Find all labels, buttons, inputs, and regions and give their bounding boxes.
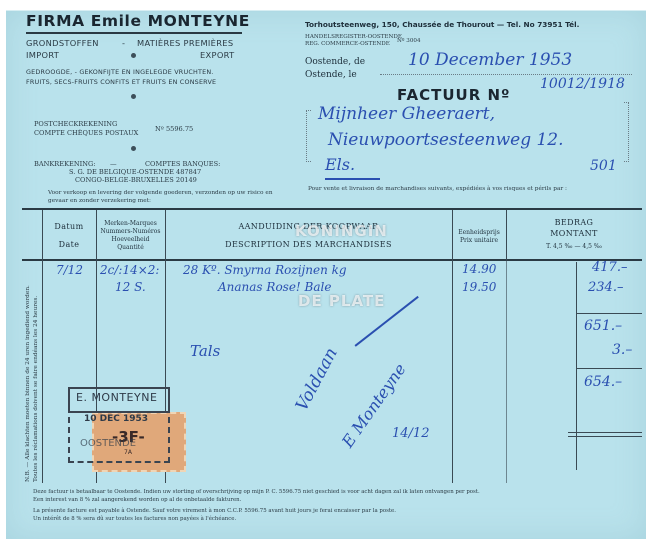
header-desc-fr: DESCRIPTION DES MARCHANDISES	[165, 240, 452, 249]
firm-name: FIRMA Emile MONTEYNE	[26, 12, 250, 30]
line2-left: IMPORT	[26, 50, 59, 60]
col-divider-side	[42, 210, 43, 483]
row2-amount: 234.–	[588, 280, 623, 295]
place-fr: Ostende, le	[305, 70, 357, 80]
closing-rule-1	[568, 432, 642, 433]
sale-note-nl-1: Voor verkoop en levering der volgende go…	[48, 190, 273, 196]
row1-amount: 417.–	[592, 260, 627, 275]
products-nl: GEDROOGDE, - GEKONFIJTE EN INGELEGDE VRU…	[26, 68, 214, 76]
closing-rule-2	[568, 436, 642, 437]
bank-account-1: S. G. DE BELGIQUE-OSTENDE 487847	[69, 168, 201, 176]
recipient-street: Nieuwpoortsesteenweg 12.	[328, 130, 564, 150]
tax-amount: 3.–	[612, 342, 632, 358]
register-fr: REG. COMMERCE-OSTENDE	[305, 41, 390, 47]
footer-nl-1: Deze factuur is betaalbaar te Oostende. …	[33, 489, 480, 495]
total-amount: 654.–	[584, 374, 622, 390]
bank-label-fr: COMPTES BANQUES:	[145, 160, 220, 168]
row2-unit-price: 19.50	[462, 280, 496, 294]
row2-marks: 12 S.	[115, 280, 146, 294]
header-marks-3: Hoeveelheid	[96, 236, 165, 244]
note-tals: Tals	[190, 342, 220, 360]
postcheck-number: Nº 5596.75	[155, 125, 193, 133]
recipient-code: 501	[590, 158, 617, 174]
date-dotted-line	[380, 74, 632, 75]
watermark-line1: KONINGIN	[295, 222, 388, 240]
bullet-icon	[131, 53, 136, 58]
watermark-line2: DE PLATE	[298, 292, 385, 310]
line1-sep: -	[122, 38, 125, 48]
bank-dash: —	[110, 160, 117, 168]
header-unit-fr: Prix unitaire	[452, 237, 506, 245]
postcheck-nl: POSTCHECKREKENING	[34, 120, 117, 128]
col-divider-desc	[452, 210, 453, 483]
subtotal-amount: 651.–	[584, 318, 622, 334]
paid-date: 14/12	[392, 426, 429, 441]
row1-date: 7/12	[56, 263, 83, 277]
firm-name-rule	[26, 32, 242, 34]
sale-note-fr: Pour vente et livraison de marchandises …	[308, 186, 567, 192]
recipient-underline	[325, 178, 380, 180]
subtotal-rule	[576, 313, 642, 314]
bank-account-2: CONGO-BELGE-BRUXELLES 20149	[75, 176, 197, 184]
side-note-nl: N.B. — Alle klachten moeten binnen de 24…	[25, 285, 32, 482]
header-unit-nl: Eenheidsprijs	[452, 229, 506, 237]
line2-right: EXPORT	[200, 50, 235, 60]
invoice-number: 10012/1918	[540, 76, 625, 92]
footer-nl-2: Een interest van 8 % zal aangerekend wor…	[33, 497, 241, 503]
stamp-name: E. MONTEYNE	[76, 391, 157, 404]
stamp-date: 10 DEC 1953	[84, 414, 148, 424]
line1-left: GRONDSTOFFEN	[26, 38, 99, 48]
bank-label-nl: BANKREKENING:	[34, 160, 95, 168]
header-datum: Datum	[42, 222, 96, 231]
side-note-fr: Toutes les réclamations doivent se faire…	[33, 296, 40, 482]
header-marks-2: Nummers-Numéros	[96, 228, 165, 236]
register-nl: HANDELSREGISTER-OOSTENDE	[305, 34, 402, 40]
header-marks-4: Quantité	[96, 244, 165, 252]
recipient-name: Mijnheer Gheeraert,	[318, 104, 495, 124]
header-amount-nl: BEDRAG	[506, 218, 642, 227]
col-divider-unit-body	[506, 260, 507, 483]
invoice-date: 10 December 1953	[408, 50, 572, 70]
header-amount-fr: MONTANT	[506, 229, 642, 238]
header-marks-1: Merken-Marques	[96, 220, 165, 228]
table-top-rule	[22, 208, 642, 210]
total-rule	[576, 368, 642, 369]
products-fr: FRUITS, SECS-FRUITS CONFITS ET FRUITS EN…	[26, 78, 216, 86]
bullet-icon	[131, 146, 136, 151]
footer-fr-2: Un intérêt de 8 % sera dû sur toutes les…	[33, 516, 236, 522]
address-bracket-right	[624, 102, 629, 162]
place-nl: Oostende, de	[305, 57, 365, 67]
recipient-city: Els.	[325, 155, 355, 174]
sale-note-nl-2: gevaar en zonder verzekering met:	[48, 198, 151, 204]
address-bracket-left	[306, 110, 311, 162]
footer-fr-1: La présente facture est payable à Ostend…	[33, 508, 396, 514]
stamp-city: OOSTENDE	[80, 438, 136, 449]
invoice-label: FACTUUR Nº	[397, 86, 511, 104]
company-address: Torhoutsteenweg, 150, Chaussée de Thouro…	[305, 20, 579, 29]
line1-right: MATIÈRES PREMIÈRES	[137, 38, 233, 48]
row1-unit-price: 14.90	[462, 262, 496, 276]
bullet-icon	[131, 94, 136, 99]
col-divider-amount	[576, 262, 577, 470]
header-tax: T. 4,5 ‰ — 4,5 ‰	[506, 243, 642, 251]
row1-marks: 2c/:14×2:	[100, 263, 159, 277]
row1-description: 28 Kº. Smyrna Rozijnen kg	[183, 263, 347, 277]
table-header-rule	[22, 259, 642, 261]
postcheck-fr: COMPTE CHÈQUES POSTAUX	[34, 129, 138, 137]
header-date: Date	[42, 240, 96, 249]
register-number: Nº 3004	[397, 38, 421, 44]
